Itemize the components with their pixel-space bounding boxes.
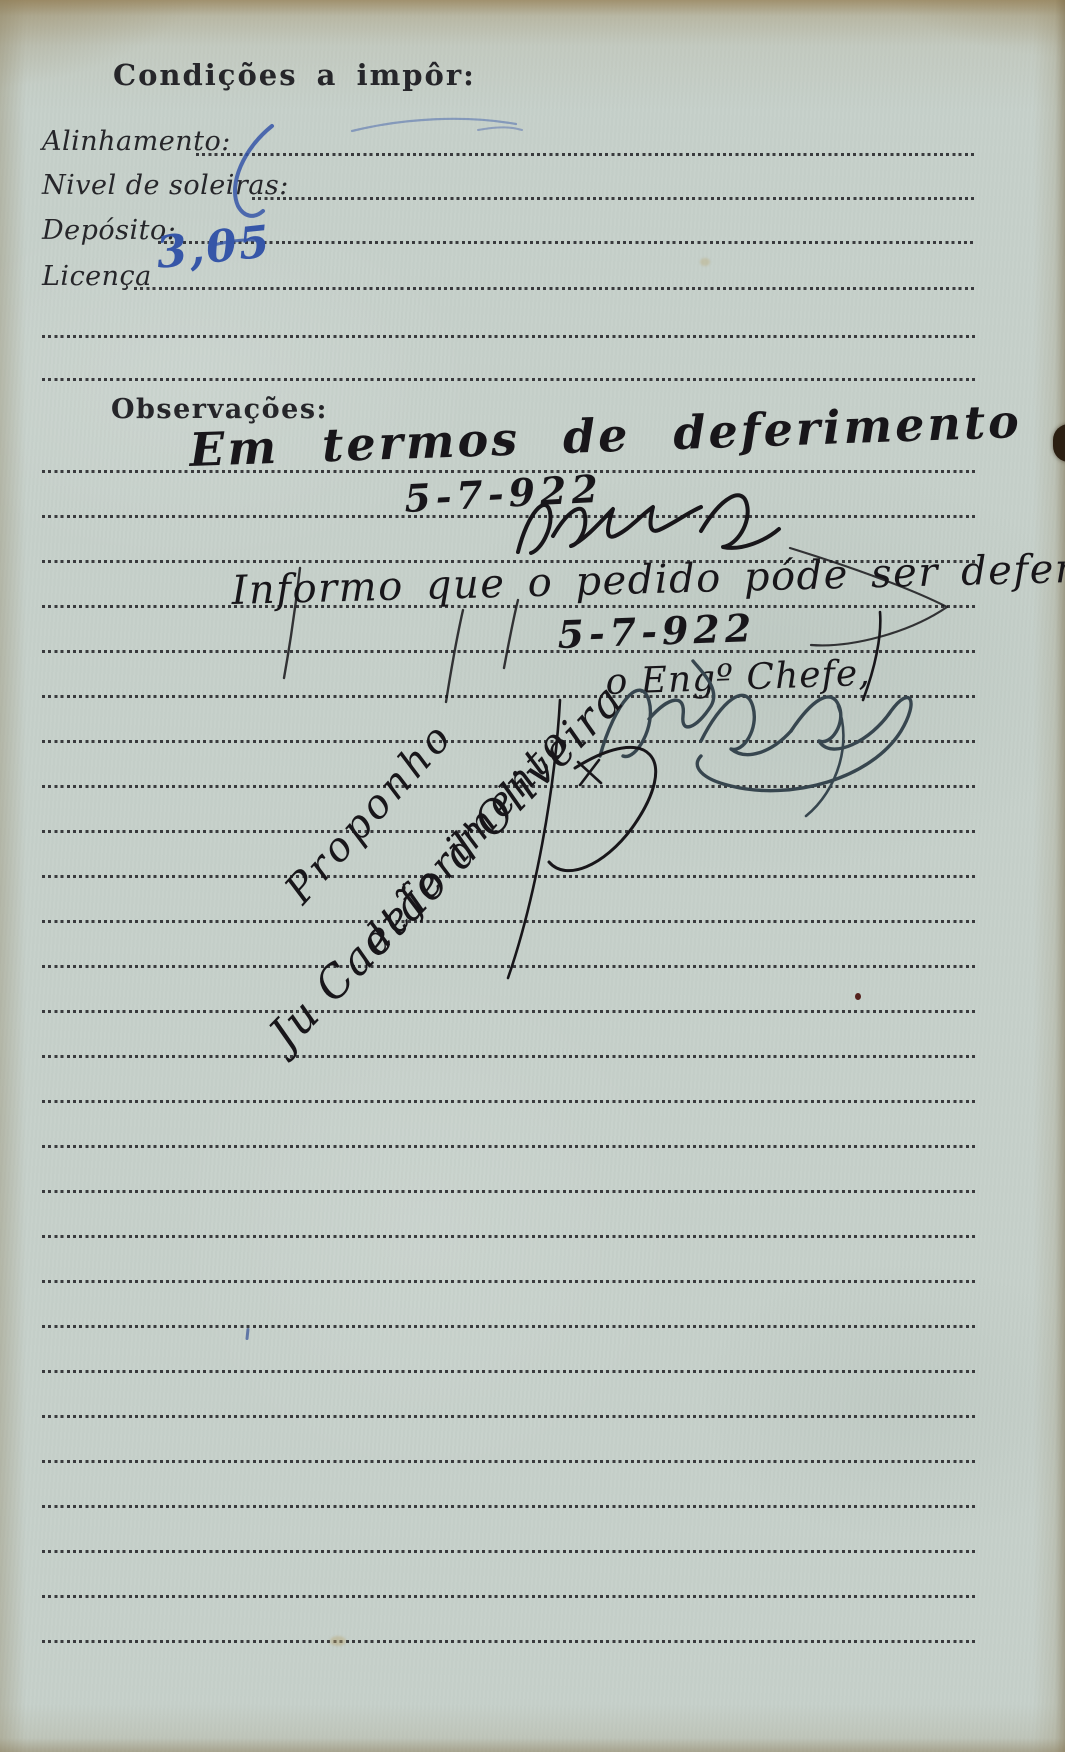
paper-stain — [700, 258, 710, 266]
entry2-descender-stroke-2 — [446, 610, 463, 702]
handwriting-layer: 3,05 Em termos de deferimento 5-7-922 In… — [0, 0, 1065, 1752]
ink-speck — [855, 993, 861, 1000]
blue-pen-faint-arc — [352, 119, 516, 131]
obs-entry1-text: Em termos de deferimento — [187, 394, 1023, 477]
ledger-page: Condições a impôr: Alinhamento: Nivel de… — [0, 0, 1065, 1752]
paper-stain — [330, 1636, 346, 1646]
entry2-descender-stroke-3 — [504, 600, 518, 668]
licenca-handwritten-value: 3,05 — [154, 216, 274, 279]
obs-entry2-date: 5-7-922 — [557, 605, 757, 657]
blue-pen-faint-tick — [478, 127, 522, 130]
blue-pen-curve — [235, 126, 272, 216]
